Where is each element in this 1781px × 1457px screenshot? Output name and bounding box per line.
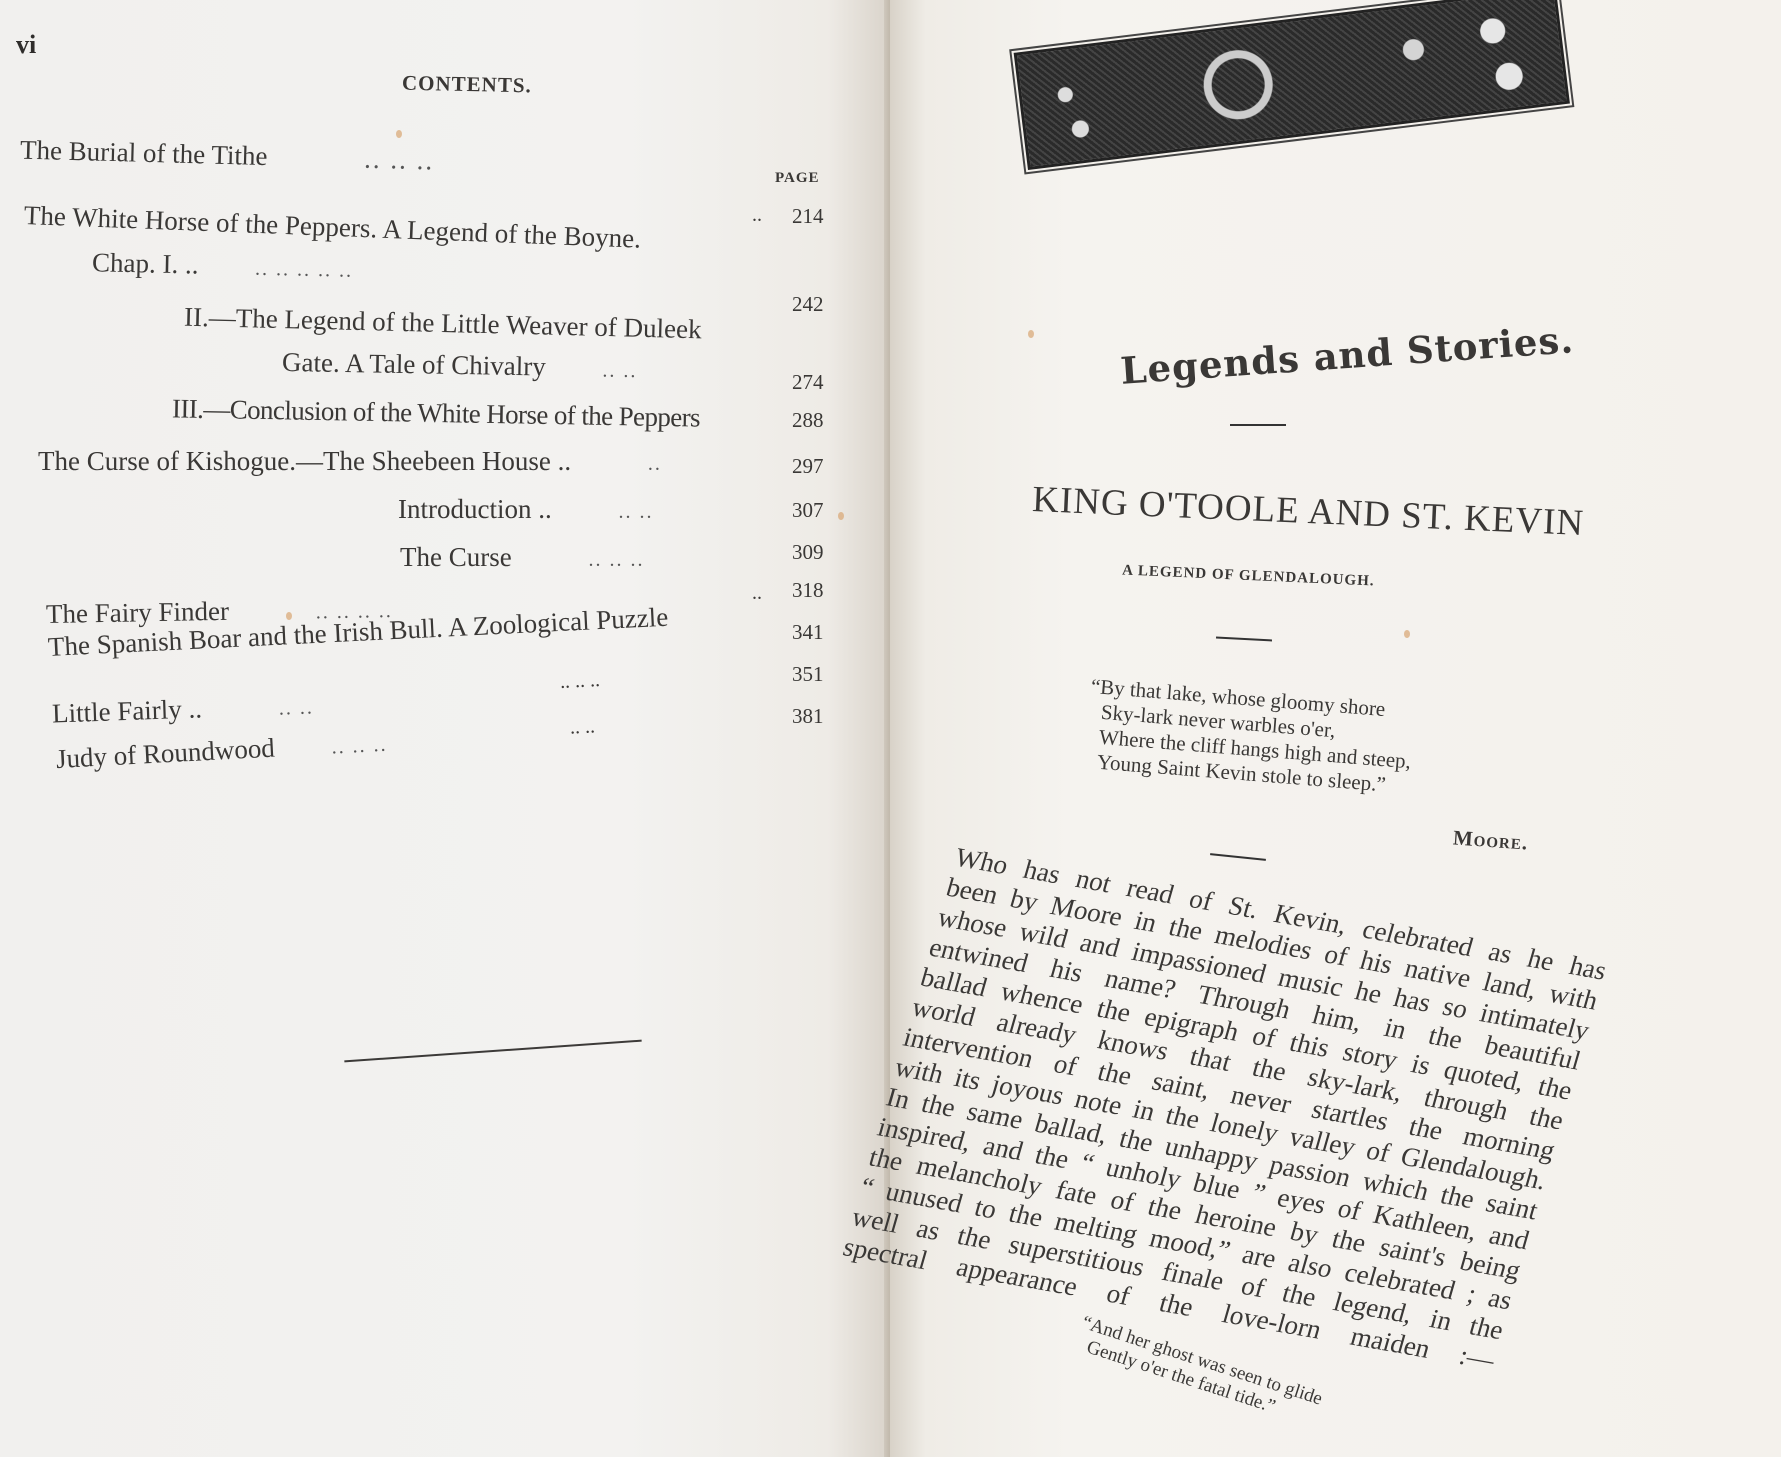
foxing-spot xyxy=(286,612,292,620)
toc-leaders: .. .. .. xyxy=(588,549,644,571)
foxing-spot xyxy=(1404,630,1410,638)
toc-entry-title: The Curse of Kishogue.—The Sheebeen Hous… xyxy=(38,446,571,476)
left-page-contents: vi CONTENTS. PAGE The Burial of the Tith… xyxy=(0,0,890,1457)
toc-entry: Gate. A Tale of Chivalry .. .. xyxy=(282,347,638,384)
toc-page-number: 318 xyxy=(792,578,824,603)
divider-rule xyxy=(1230,424,1286,426)
foxing-spot xyxy=(838,512,844,520)
toc-entry-title: Chap. I. .. xyxy=(92,247,199,279)
toc-entry: Little Fairly .. .. .. xyxy=(52,689,315,729)
toc-entry: III.—Conclusion of the White Horse of th… xyxy=(172,393,700,433)
toc-entry: II.—The Legend of the Little Weaver of D… xyxy=(184,302,702,346)
toc-entry-title: The Curse xyxy=(400,542,512,572)
toc-entry: The White Horse of the Peppers. A Legend… xyxy=(23,200,641,255)
foxing-spot xyxy=(396,130,402,138)
toc-entry: The Burial of the Tithe .. .. .. xyxy=(20,135,435,177)
toc-entry-title: The White Horse of the Peppers. A Legend… xyxy=(23,200,641,254)
toc-leaders: .. .. .. xyxy=(331,734,388,759)
toc-page-number: 274 xyxy=(792,370,824,395)
toc-page-number: 307 xyxy=(792,498,824,523)
toc-page-number: 214 xyxy=(792,204,824,229)
toc-entry: Judy of Roundwood .. .. .. xyxy=(55,727,388,775)
epigraph-attribution: Moore. xyxy=(1452,825,1529,855)
toc-entry-title: II.—The Legend of the Little Weaver of D… xyxy=(184,302,702,345)
toc-entry-title: Introduction .. xyxy=(398,494,552,524)
toc-page-number: 309 xyxy=(792,540,824,565)
foxing-spot xyxy=(1028,330,1034,338)
toc-page-number: 288 xyxy=(792,408,824,433)
toc-leaders: .. .. xyxy=(618,501,653,523)
toc-leaders: .. .. xyxy=(278,696,314,719)
table-of-contents: The Burial of the Tithe .. .. .. .. 214 … xyxy=(0,0,890,1457)
toc-leaders: .. .. xyxy=(569,715,595,739)
toc-page-number: 381 xyxy=(792,704,824,729)
toc-entry: Introduction .. .. .. xyxy=(398,494,653,525)
toc-leaders: .. .. .. xyxy=(364,144,435,176)
toc-page-number: 297 xyxy=(792,454,824,479)
toc-entry-title: III.—Conclusion of the White Horse of th… xyxy=(172,393,700,432)
toc-leaders: .. xyxy=(648,453,662,475)
toc-leaders: .. xyxy=(752,204,762,227)
toc-page-number: 242 xyxy=(792,292,824,317)
toc-entry-title: The Burial of the Tithe xyxy=(20,135,268,171)
toc-leaders: .. .. xyxy=(602,359,637,382)
toc-page-number: 351 xyxy=(792,662,824,687)
toc-entry-title: Little Fairly .. xyxy=(52,693,203,728)
toc-leaders: .. .. .. .. .. xyxy=(255,258,353,282)
toc-entry: The Curse of Kishogue.—The Sheebeen Hous… xyxy=(38,446,662,477)
toc-leaders: .. xyxy=(752,582,762,605)
toc-entry: Chap. I. .. .. .. .. .. .. xyxy=(92,247,354,283)
toc-entry-title: Judy of Roundwood xyxy=(55,733,275,774)
toc-entry: The Curse .. .. .. xyxy=(400,542,644,573)
toc-page-number: 341 xyxy=(792,620,824,645)
toc-leaders: .. .. .. xyxy=(559,669,600,694)
toc-entry-title: Gate. A Tale of Chivalry xyxy=(282,347,546,382)
